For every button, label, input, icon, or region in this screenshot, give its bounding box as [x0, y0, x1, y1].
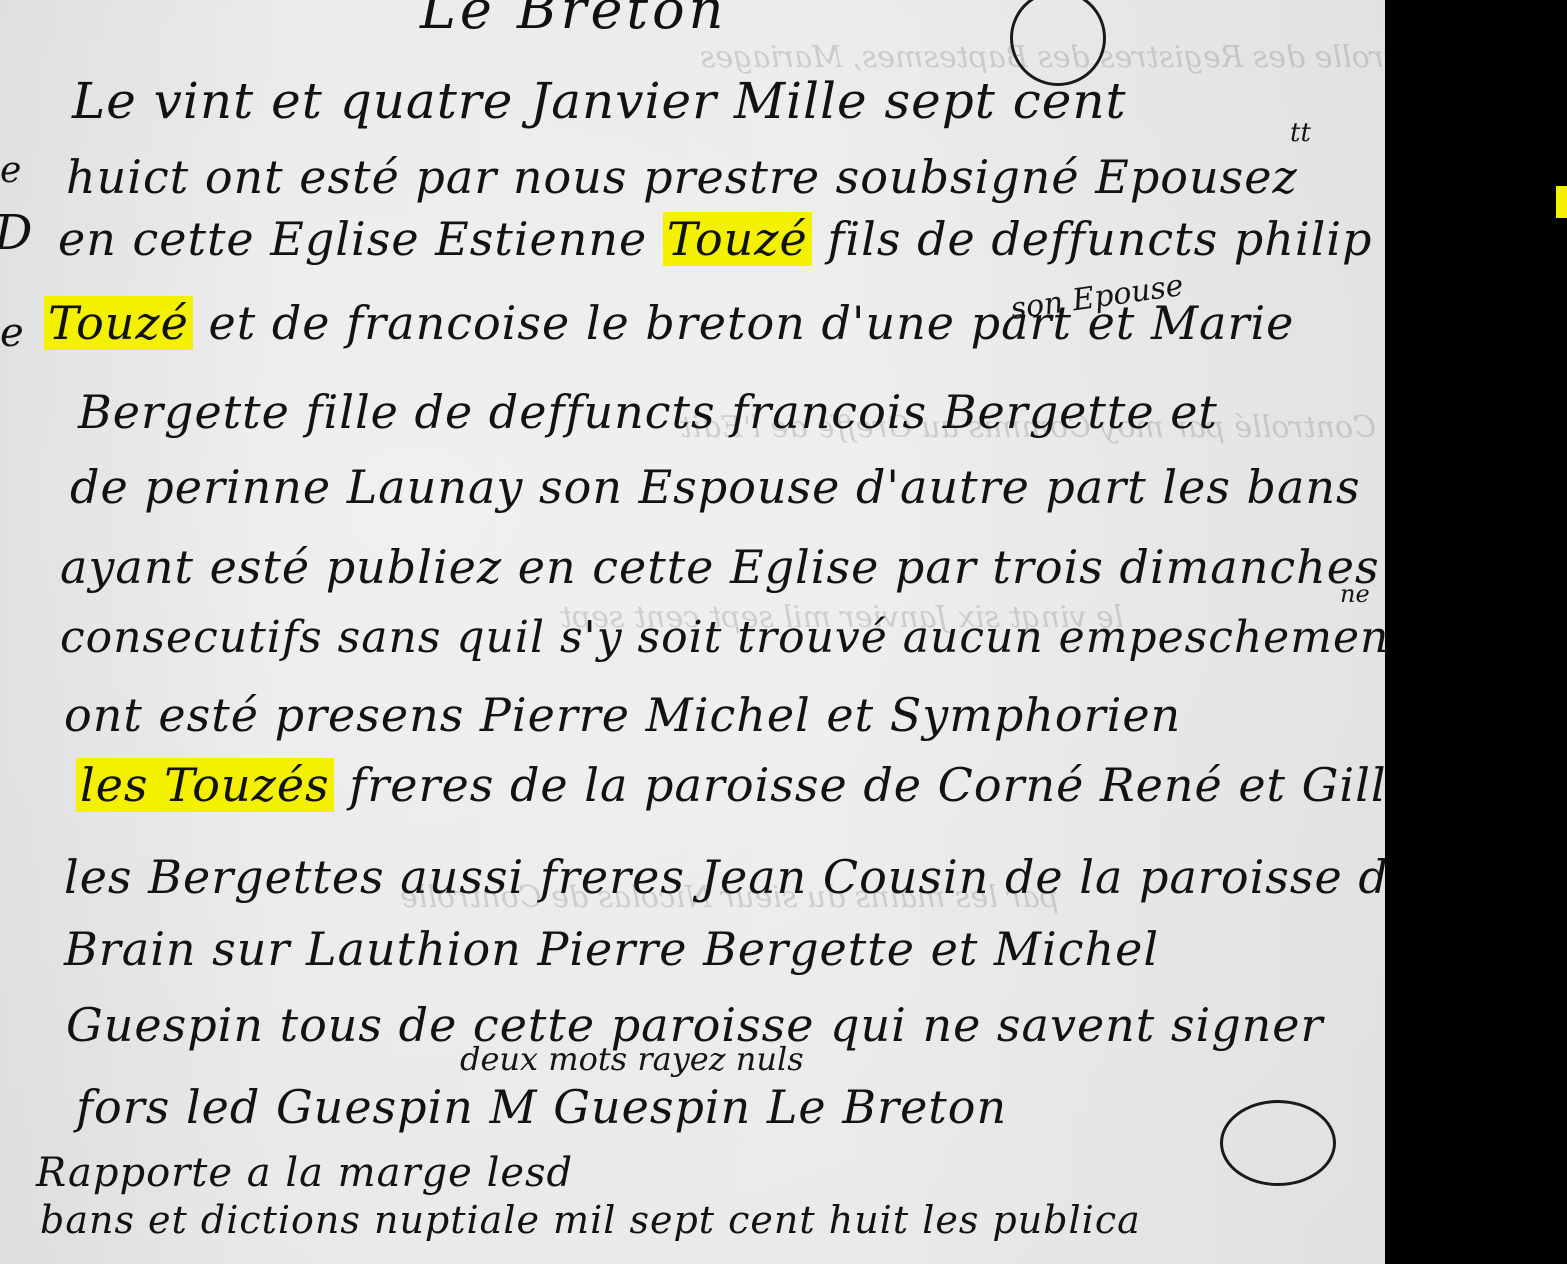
text-line-15: Rapporte a la marge lesd — [36, 1150, 573, 1196]
text-line-5: Bergette fille de deffuncts francois Ber… — [78, 385, 1218, 439]
text-line-12: Brain sur Lauthion Pierre Bergette et Mi… — [64, 922, 1159, 976]
text-line-2: huict ont esté par nous prestre soubsign… — [66, 150, 1298, 204]
text-line-4: Touzé et de francoise le breton d'une pa… — [44, 296, 1294, 350]
text-line-11: les Bergettes aussi freres Jean Cousin d… — [64, 850, 1385, 904]
text-line-14-signatures: fors led Guespin M Guespin Le Breton — [76, 1080, 1007, 1134]
manuscript-page: Controlle des Registres des Baptesmes, M… — [0, 0, 1385, 1264]
text-line-8: consecutifs sans quil s'y soit trouvé au… — [60, 612, 1385, 663]
text-line-1: Le vint et quatre Janvier Mille sept cen… — [72, 72, 1127, 130]
header-name-fragment: Le Breton — [420, 0, 727, 41]
margin-fragment: D — [0, 205, 32, 261]
text-line-16: bans et dictions nuptiale mil sept cent … — [40, 1198, 1141, 1242]
text-line-6: de perinne Launay son Espouse d'autre pa… — [70, 460, 1361, 514]
text-line-3: en cette Eglise Estienne Touzé fils de d… — [58, 212, 1372, 266]
signature-flourish — [1220, 1100, 1336, 1186]
highlighted-term-touze: Touzé — [44, 296, 193, 350]
text-line-10: les Touzés freres de la paroisse de Corn… — [76, 758, 1385, 812]
text-line-13: Guespin tous de cette paroisse qui ne sa… — [66, 998, 1324, 1052]
highlighted-term-touze: Touzé — [663, 212, 812, 266]
margin-fragment: e — [0, 310, 24, 356]
highlighted-term-les-touzes: les Touzés — [76, 758, 334, 812]
scan-black-border — [1385, 0, 1567, 1264]
highlight-marker — [1556, 186, 1567, 218]
text-line-9: ont esté presens Pierre Michel et Sympho… — [64, 688, 1181, 742]
interlinear-superscript: tt — [1290, 118, 1311, 148]
margin-fragment: e — [0, 150, 21, 191]
text-line-7: ayant esté publiez en cette Eglise par t… — [60, 540, 1380, 594]
